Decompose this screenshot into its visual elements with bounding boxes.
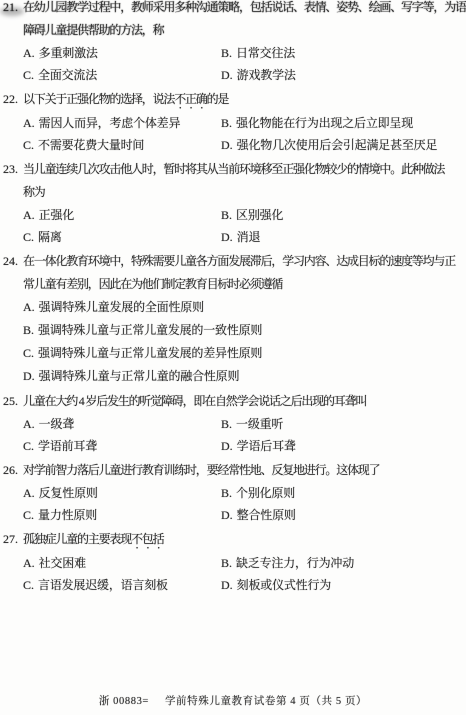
option-B: B.缺乏专注力，行为冲动 [221, 552, 464, 574]
option-D: D.强化物几次使用后会引起满足甚至厌足 [221, 134, 464, 156]
option-text: 社交困难 [39, 556, 86, 570]
option-text: 一级聋 [39, 417, 74, 431]
option-text: 言语发展迟缓，语言刻板 [38, 578, 168, 592]
option-label: A. [23, 556, 35, 570]
option-C: C.全面交流法 [23, 64, 221, 86]
option-label: D. [221, 508, 233, 522]
option-A: A.反复性原则 [23, 482, 221, 504]
question-number: 26. [3, 459, 18, 482]
option-text: 整合性原则 [237, 508, 296, 522]
option-label: D. [221, 230, 233, 244]
question-number: 23. [3, 158, 18, 181]
stem-text: 孤独症儿童的主要表现 [23, 532, 131, 546]
option-C: C.不需要花费大量时间 [23, 134, 221, 156]
option-label: B. [221, 116, 232, 130]
option-text: 强化物几次使用后会引起满足甚至厌足 [237, 138, 438, 152]
option-C: C.学语前耳聋 [23, 435, 221, 457]
question-list: 21.在幼儿园教学过程中，教师采用多种沟通策略，包括说话、表情、姿势、绘画、写字… [3, 0, 464, 596]
option-label: D. [23, 369, 35, 383]
stem-text: 以下关于正强化物的选择，说法 [23, 92, 174, 106]
option-text: 强调特殊儿童与正常儿童的融合性原则 [39, 369, 240, 383]
question-21: 21.在幼儿园教学过程中，教师采用多种沟通策略，包括说话、表情、姿势、绘画、写字… [3, 0, 464, 86]
option-text: 隔离 [38, 230, 62, 244]
options: A.需因人而异，考虑个体差异B.强化物能在行为出现之后立即呈现C.不需要花费大量… [23, 112, 464, 156]
option-D: D.学语后耳聋 [221, 435, 464, 457]
stem-text: 当儿童连续几次攻击他人时，暂时将其从当前环境移至正强化物较少的情境中。此种做法 [23, 162, 444, 176]
option-B: B.一级重听 [221, 413, 464, 435]
questions-area: 21.在幼儿园教学过程中，教师采用多种沟通策略，包括说话、表情、姿势、绘画、写字… [3, 0, 464, 598]
question-stem: 23.当儿童连续几次攻击他人时，暂时将其从当前环境移至正强化物较少的情境中。此种… [23, 158, 464, 204]
option-B: B.个别化原则 [221, 482, 464, 504]
option-B: B.区别强化 [221, 204, 464, 226]
option-label: B. [221, 208, 232, 222]
stem-text: 儿童在大约 4 岁后发生的听觉障碍，即在自然学会说话之后出现的耳聋叫 [23, 394, 366, 408]
option-label: A. [23, 486, 35, 500]
option-label: D. [221, 439, 233, 453]
question-stem: 26.对学前智力落后儿童进行教育训练时，要经常性地、反复地进行。这体现了 [23, 459, 464, 482]
question-stem: 25.儿童在大约 4 岁后发生的听觉障碍，即在自然学会说话之后出现的耳聋叫 [23, 390, 464, 413]
option-text: 学语后耳聋 [237, 439, 296, 453]
option-text: 强调特殊儿童发展的全面性原则 [39, 300, 204, 314]
question-stem: 24.在一体化教育环境中，特殊需要儿童各方面发展滞后，学习内容、达成目标的速度等… [23, 250, 464, 296]
question-number: 22. [3, 88, 18, 111]
option-B: B.强化物能在行为出现之后立即呈现 [221, 112, 464, 134]
option-text: 刻板或仪式性行为 [237, 578, 331, 592]
option-label: C. [23, 346, 34, 360]
option-label: D. [221, 138, 233, 152]
question-number: 27. [3, 528, 18, 551]
stem-text: 在一体化教育环境中，特殊需要儿童各方面发展滞后，学习内容、达成目标的速度等均与正 [23, 254, 455, 268]
option-label: A. [23, 300, 35, 314]
option-A: A.强调特殊儿童发展的全面性原则 [23, 296, 464, 319]
option-text: 反复性原则 [39, 486, 98, 500]
option-label: C. [23, 68, 34, 82]
question-22: 22.以下关于正强化物的选择，说法不正确的是A.需因人而异，考虑个体差异B.强化… [3, 88, 464, 156]
option-label: C. [23, 138, 34, 152]
question-27: 27.孤独症儿童的主要表现不包括A.社交困难B.缺乏专注力，行为冲动C.言语发展… [3, 528, 464, 596]
option-label: C. [23, 508, 34, 522]
option-C: C.量力性原则 [23, 504, 221, 526]
question-number: 25. [3, 390, 18, 413]
question-23: 23.当儿童连续几次攻击他人时，暂时将其从当前环境移至正强化物较少的情境中。此种… [3, 158, 464, 248]
option-text: 强调特殊儿童与正常儿童发展的一致性原则 [38, 323, 262, 337]
option-A: A.社交困难 [23, 552, 221, 574]
option-label: A. [23, 116, 35, 130]
option-text: 日常交往法 [236, 46, 295, 60]
option-D: D.消退 [221, 226, 464, 248]
option-label: B. [221, 486, 232, 500]
options: A.正强化B.区别强化C.隔离D.消退 [23, 204, 464, 248]
option-text: 强调特殊儿童与正常儿童发展的差异性原则 [38, 346, 262, 360]
footer-title: 学前特殊儿童教育试卷第 4 页（共 5 页） [165, 696, 367, 707]
exam-code: 浙 00883= [99, 696, 149, 707]
option-text: 多重刺激法 [39, 46, 98, 60]
options: A.一级聋B.一级重听C.学语前耳聋D.学语后耳聋 [23, 413, 464, 457]
option-D: D.游戏教学法 [221, 64, 464, 86]
option-text: 正强化 [39, 208, 74, 222]
option-text: 学语前耳聋 [38, 439, 97, 453]
question-stem: 27.孤独症儿童的主要表现不包括 [23, 528, 464, 552]
question-number: 21. [3, 0, 18, 19]
option-text: 缺乏专注力，行为冲动 [236, 556, 354, 570]
option-A: A.正强化 [23, 204, 221, 226]
option-label: D. [221, 578, 233, 592]
options: A.强调特殊儿童发展的全面性原则B.强调特殊儿童与正常儿童发展的一致性原则C.强… [23, 296, 464, 388]
question-stem: 21.在幼儿园教学过程中，教师采用多种沟通策略，包括说话、表情、姿势、绘画、写字… [23, 0, 464, 42]
option-A: A.需因人而异，考虑个体差异 [23, 112, 221, 134]
question-25: 25.儿童在大约 4 岁后发生的听觉障碍，即在自然学会说话之后出现的耳聋叫A.一… [3, 390, 464, 457]
option-label: B. [23, 323, 34, 337]
option-D: D.整合性原则 [221, 504, 464, 526]
option-text: 强化物能在行为出现之后立即呈现 [236, 116, 413, 130]
option-text: 消退 [237, 230, 261, 244]
stem-text: 在幼儿园教学过程中，教师采用多种沟通策略，包括说话、表情、姿势、绘画、写字等，为… [23, 0, 466, 14]
stem-text: 的是 [207, 92, 229, 106]
option-label: C. [23, 230, 34, 244]
option-label: A. [23, 46, 35, 60]
question-stem: 22.以下关于正强化物的选择，说法不正确的是 [23, 88, 464, 112]
stem-text: 障碍儿童提供帮助的方法，称 [23, 23, 163, 37]
option-label: A. [23, 208, 35, 222]
option-label: C. [23, 578, 34, 592]
option-label: B. [221, 46, 232, 60]
option-text: 个别化原则 [236, 486, 295, 500]
option-label: B. [221, 417, 232, 431]
options: A.社交困难B.缺乏专注力，行为冲动C.言语发展迟缓，语言刻板D.刻板或仪式性行… [23, 552, 464, 596]
option-label: B. [221, 556, 232, 570]
option-D: D.强调特殊儿童与正常儿童的融合性原则 [23, 365, 464, 388]
options: A.多重刺激法B.日常交往法C.全面交流法D.游戏教学法 [23, 42, 464, 86]
option-C: C.隔离 [23, 226, 221, 248]
exam-paper-page: 21.在幼儿园教学过程中，教师采用多种沟通策略，包括说话、表情、姿势、绘画、写字… [0, 0, 466, 715]
question-number: 24. [3, 250, 18, 273]
stem-emphasized-text: 不包括 [131, 532, 163, 546]
option-label: A. [23, 417, 35, 431]
option-C: C.强调特殊儿童与正常儿童发展的差异性原则 [23, 342, 464, 365]
option-text: 游戏教学法 [237, 68, 296, 82]
option-C: C.言语发展迟缓，语言刻板 [23, 574, 221, 596]
option-B: B.强调特殊儿童与正常儿童发展的一致性原则 [23, 319, 464, 342]
options: A.反复性原则B.个别化原则C.量力性原则D.整合性原则 [23, 482, 464, 526]
option-text: 一级重听 [236, 417, 283, 431]
option-text: 不需要花费大量时间 [38, 138, 144, 152]
stem-text: 对学前智力落后儿童进行教育训练时，要经常性地、反复地进行。这体现了 [23, 463, 379, 477]
option-A: A.一级聋 [23, 413, 221, 435]
option-text: 量力性原则 [38, 508, 97, 522]
option-D: D.刻板或仪式性行为 [221, 574, 464, 596]
question-26: 26.对学前智力落后儿童进行教育训练时，要经常性地、反复地进行。这体现了A.反复… [3, 459, 464, 526]
stem-text: 常儿童有差别，因此在为他们制定教育目标时必须遵循 [23, 277, 282, 291]
stem-text: 称为 [23, 185, 45, 199]
option-text: 区别强化 [236, 208, 283, 222]
option-text: 全面交流法 [38, 68, 97, 82]
option-label: D. [221, 68, 233, 82]
stem-emphasized-text: 不正确 [174, 92, 206, 106]
option-label: C. [23, 439, 34, 453]
option-A: A.多重刺激法 [23, 42, 221, 64]
option-text: 需因人而异，考虑个体差异 [39, 116, 181, 130]
option-B: B.日常交往法 [221, 42, 464, 64]
page-footer: 浙 00883=学前特殊儿童教育试卷第 4 页（共 5 页） [0, 693, 466, 708]
question-24: 24.在一体化教育环境中，特殊需要儿童各方面发展滞后，学习内容、达成目标的速度等… [3, 250, 464, 388]
